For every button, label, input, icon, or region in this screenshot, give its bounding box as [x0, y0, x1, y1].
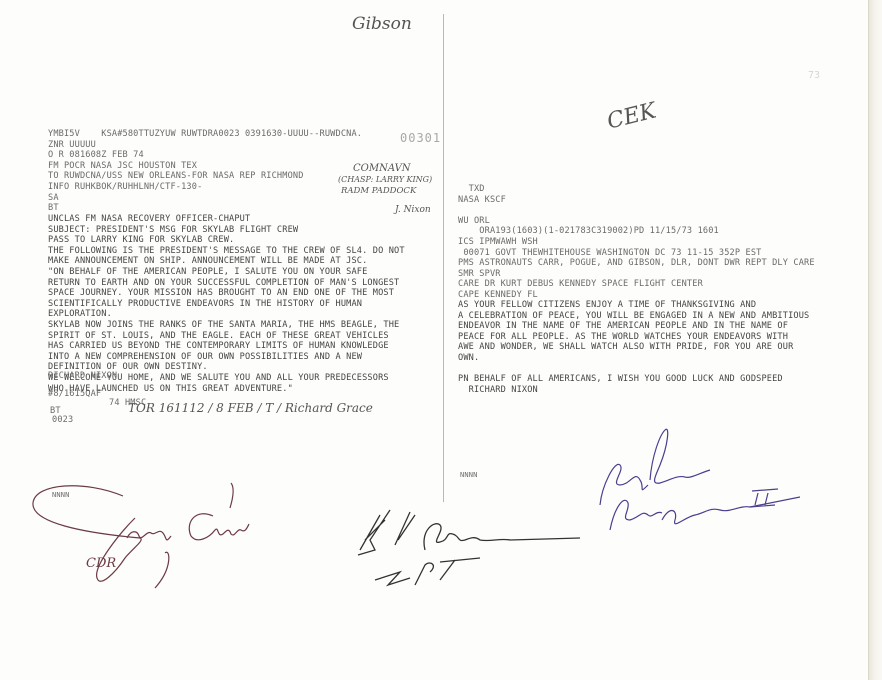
page-edge: [868, 0, 882, 680]
left-body-line: PASS TO LARRY KING FOR SKYLAB CREW.: [48, 235, 405, 246]
right-end-mark: NNNN: [460, 470, 477, 481]
right-header-line: [458, 205, 815, 216]
right-body-line: PN BEHALF OF ALL AMERICANS, I WISH YOU G…: [458, 374, 809, 385]
left-footer-num: 0023: [52, 415, 73, 426]
left-body-line: RETURN TO EARTH AND ON YOUR SUCCESSFUL C…: [48, 278, 405, 289]
right-header-line: CARE DR KURT DEBUS KENNEDY SPACE FLIGHT …: [458, 279, 815, 290]
right-header-line: CAPE KENNEDY FL: [458, 290, 815, 301]
right-header-line: ORA193(1603)(1-021783C319002)PD 11/15/73…: [458, 226, 815, 237]
right-header-line: SMR SPVR: [458, 269, 815, 280]
left-header-line: FM POCR NASA JSC HOUSTON TEX: [48, 161, 362, 172]
left-body-line: SPACE JOURNEY. YOUR MISSION HAS BROUGHT …: [48, 288, 405, 299]
left-body-line: THE FOLLOWING IS THE PRESIDENT'S MESSAGE…: [48, 246, 405, 257]
right-body-line: AWE AND WONDER, WE SHALL WATCH ALSO WITH…: [458, 342, 809, 353]
left-header-line: ZNR UUUUU: [48, 140, 362, 151]
annotation-cek: CEK: [605, 98, 659, 134]
left-body-line: EXPLORATION.: [48, 309, 405, 320]
right-header: TXDNASA KSCF WU ORL ORA193(1603)(1-02178…: [458, 184, 815, 301]
annotation-gibson: Gibson: [352, 14, 412, 34]
left-body-line: UNCLAS FM NASA RECOVERY OFFICER-CHAPUT: [48, 214, 405, 225]
left-header: YMBI5V KSA#580TTUZYUW RUWTDRA0023 039163…: [48, 129, 362, 214]
message-stamp-number: 00301: [400, 131, 441, 145]
left-body-line: SCIENTIFICALLY PRODUCTIVE ENDEAVORS IN T…: [48, 299, 405, 310]
signature-pogue-graphic: [590, 425, 850, 545]
left-header-line: YMBI5V KSA#580TTUZYUW RUWTDRA0023 039163…: [48, 129, 362, 140]
left-footer-code: #8/1615QAF: [48, 389, 101, 400]
left-body-line: INTO A NEW COMPREHENSION OF OUR OWN POSS…: [48, 352, 405, 363]
handwritten-initials: J. Nixon: [395, 205, 431, 215]
faint-stamp: 73: [808, 70, 820, 81]
right-body-line: A CELEBRATION OF PEACE, YOU WILL BE ENGA…: [458, 311, 809, 322]
left-header-line: SA: [48, 193, 362, 204]
right-header-line: WU ORL: [458, 216, 815, 227]
left-body-line: WHO HAVE LAUNCHED US ON THIS GREAT ADVEN…: [48, 384, 405, 395]
telegram-divider: [443, 14, 444, 502]
right-header-line: NASA KSCF: [458, 195, 815, 206]
carr-title: CDR: [86, 556, 116, 571]
left-body-line: SPIRIT OF ST. LOUIS, AND THE EAGLE. EACH…: [48, 331, 405, 342]
left-body-line: SKYLAB NOW JOINS THE RANKS OF THE SANTA …: [48, 320, 405, 331]
right-body-line: ENDEAVOR IN THE NAME OF THE AMERICAN PEO…: [458, 321, 809, 332]
document-page: Gibson CEK 73 YMBI5V KSA#580TTUZYUW RUWT…: [0, 0, 882, 680]
handwritten-routing-2: (CHASP: LARRY KING): [338, 175, 432, 184]
left-header-line: O R 081608Z FEB 74: [48, 150, 362, 161]
right-header-line: 00071 GOVT THEWHITEHOUSE WASHINGTON DC 7…: [458, 248, 815, 259]
signature-carr-graphic: [25, 478, 255, 598]
right-header-line: ICS IPMWAWH WSH: [458, 237, 815, 248]
right-body: AS YOUR FELLOW CITIZENS ENJOY A TIME OF …: [458, 300, 809, 395]
left-header-line: INFO RUHKBOK/RUHHLNH/CTF-130-: [48, 182, 362, 193]
left-body-line: "ON BEHALF OF THE AMERICAN PEOPLE, I SAL…: [48, 267, 405, 278]
right-header-line: PMS ASTRONAUTS CARR, POGUE, AND GIBSON, …: [458, 258, 815, 269]
left-body-line: HAS CARRIED US BEYOND THE CONTEMPORARY L…: [48, 341, 405, 352]
right-body-line: [458, 364, 809, 375]
right-body-line: AS YOUR FELLOW CITIZENS ENJOY A TIME OF …: [458, 300, 809, 311]
handwritten-routing-3: RADM PADDOCK: [341, 186, 416, 196]
handwritten-tor: TOR 161112 / 8 FEB / T / Richard Grace: [128, 401, 373, 415]
left-signature: RICHARD NIXON: [48, 371, 117, 382]
right-body-line: RICHARD NIXON: [458, 385, 809, 396]
left-body-line: SUBJECT: PRESIDENT'S MSG FOR SKYLAB FLIG…: [48, 225, 405, 236]
right-header-line: TXD: [458, 184, 815, 195]
left-header-line: BT: [48, 203, 362, 214]
signature-gibson-graphic: [340, 500, 590, 590]
right-body-line: OWN.: [458, 353, 809, 364]
right-body-line: PEACE FOR ALL PEOPLE. AS THE WORLD WATCH…: [458, 332, 809, 343]
left-header-line: TO RUWDCNA/USS NEW ORLEANS-FOR NASA REP …: [48, 171, 362, 182]
left-body-line: MAKE ANNOUNCEMENT ON SHIP. ANNOUNCEMENT …: [48, 256, 405, 267]
handwritten-routing-1: COMNAVN: [353, 163, 411, 174]
left-body: UNCLAS FM NASA RECOVERY OFFICER-CHAPUTSU…: [48, 214, 405, 394]
